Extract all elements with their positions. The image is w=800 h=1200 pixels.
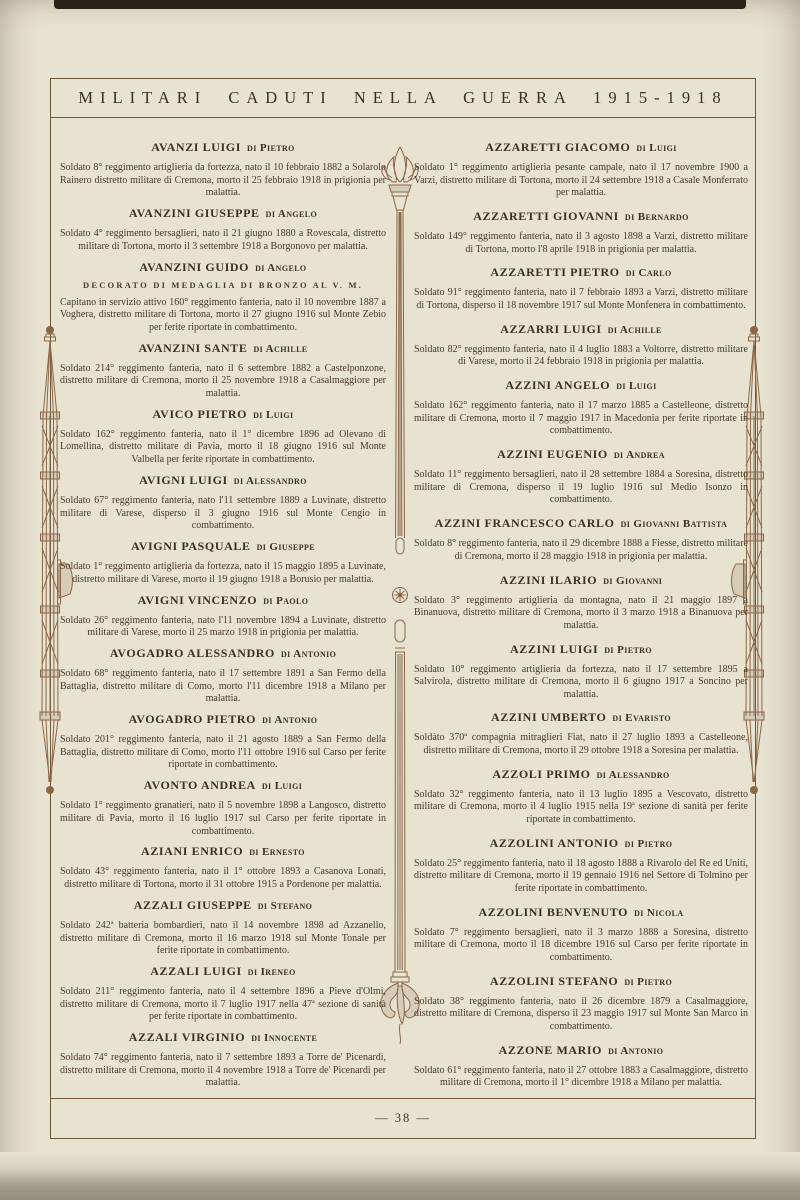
soldier-record: Soldato 74° reggimento fanteria, nato il… [60, 1052, 386, 1090]
patronymic: di Stefano [258, 900, 313, 912]
page-number: — 38 — [375, 1111, 431, 1126]
soldier-record: Soldato 25° reggimento fanteria, nato il… [414, 858, 748, 896]
soldier-record: Soldato 1° reggimento artiglieria pesant… [414, 162, 748, 200]
soldier-record: Soldato 1° reggimento artiglieria da for… [60, 561, 386, 586]
soldier-name: AVIGNI PASQUALEdi Giuseppe [60, 539, 386, 554]
soldier-name: AVOGADRO ALESSANDROdi Antonio [60, 646, 386, 661]
patronymic: di Giovanni Battista [621, 518, 728, 530]
soldier-record: Soldato 8° reggimento artiglieria da for… [60, 162, 386, 200]
patronymic: di Luigi [262, 780, 302, 792]
soldier-entry: AZZALI VIRGINIOdi Innocente Soldato 74° … [60, 1030, 386, 1090]
soldier-name: AVANZI LUIGIdi Pietro [60, 140, 386, 155]
patronymic: di Antonio [608, 1045, 663, 1057]
patronymic: di Ernesto [249, 846, 305, 858]
soldier-record: Capitano in servizio attivo 160° reggime… [60, 297, 386, 335]
page-title: MILITARI CADUTI NELLA GUERRA 1915-1918 [78, 88, 727, 108]
patronymic: di Pietro [624, 976, 672, 988]
soldier-name: AZZALI VIRGINIOdi Innocente [60, 1030, 386, 1045]
soldier-name: AZZOLINI ANTONIOdi Pietro [414, 836, 748, 851]
soldier-name: AZZOLINI BENVENUTOdi Nicola [414, 905, 748, 920]
patronymic: di Innocente [251, 1032, 317, 1044]
soldier-record: Soldato 214° reggimento fanteria, nato i… [60, 363, 386, 401]
soldier-entry: AVANZINI SANTEdi Achille Soldato 214° re… [60, 341, 386, 401]
patronymic: di Pietro [604, 644, 652, 656]
soldier-entry: AZZINI ILARIOdi Giovanni Soldato 3° regg… [414, 573, 748, 633]
soldier-record: Soldato 26° reggimento fanteria, nato l'… [60, 615, 386, 640]
soldier-name: AZZARETTI GIACOMOdi Luigi [414, 140, 748, 155]
patronymic: di Evaristo [612, 712, 671, 724]
soldier-entry: AZZALI GIUSEPPEdi Stefano Soldato 242ª b… [60, 898, 386, 958]
soldier-record: Soldato 7° reggimento bersaglieri, nato … [414, 927, 748, 965]
soldier-name: AZZINI FRANCESCO CARLOdi Giovanni Battis… [414, 516, 748, 531]
soldier-name: AVANZINI SANTEdi Achille [60, 341, 386, 356]
patronymic: di Carlo [626, 267, 672, 279]
soldier-entry: AZZINI LUIGIdi Pietro Soldato 10° reggim… [414, 642, 748, 702]
patronymic: di Ireneo [248, 966, 296, 978]
soldier-entry: AZIANI ENRICOdi Ernesto Soldato 43° regg… [60, 844, 386, 891]
soldier-entry: AZZARETTI GIOVANNIdi Bernardo Soldato 14… [414, 209, 748, 256]
soldier-name: AZZOLI PRIMOdi Alessandro [414, 767, 748, 782]
soldier-name: AZZOLINI STEFANOdi Pietro [414, 974, 748, 989]
soldier-record: Soldato 67° reggimento fanteria, nato l'… [60, 495, 386, 533]
soldier-name: AVANZINI GIUSEPPEdi Angelo [60, 206, 386, 221]
soldier-entry: AZZARETTI GIACOMOdi Luigi Soldato 1° reg… [414, 140, 748, 200]
footer-band: — 38 — [51, 1098, 755, 1138]
book-page-scan: MILITARI CADUTI NELLA GUERRA 1915-1918 —… [0, 0, 800, 1200]
soldier-name: AZZINI ILARIOdi Giovanni [414, 573, 748, 588]
soldier-name: AZZONE MARIOdi Antonio [414, 1043, 748, 1058]
patronymic: di Achille [608, 324, 662, 336]
soldier-name: AZZINI UMBERTOdi Evaristo [414, 710, 748, 725]
soldier-entry: AZZOLINI STEFANOdi Pietro Soldato 38° re… [414, 974, 748, 1034]
soldier-entry: AZZOLI PRIMOdi Alessandro Soldato 32° re… [414, 767, 748, 827]
patronymic: di Angelo [266, 208, 317, 220]
soldier-record: Soldato 8° reggimento fanteria, nato il … [414, 538, 748, 563]
patronymic: di Bernardo [625, 211, 689, 223]
page-bottom-shadow-edge [0, 1152, 800, 1200]
patronymic: di Nicola [634, 907, 683, 919]
soldier-record: Soldato 162° reggimento fanteria, nato i… [60, 429, 386, 467]
soldier-entry: AVICO PIETROdi Luigi Soldato 162° reggim… [60, 407, 386, 467]
soldier-entry: AVOGADRO PIETROdi Antonio Soldato 201° r… [60, 712, 386, 772]
soldier-name: AZIANI ENRICOdi Ernesto [60, 844, 386, 859]
soldier-entry: AVIGNI VINCENZOdi Paolo Soldato 26° regg… [60, 593, 386, 640]
patronymic: di Antonio [262, 714, 317, 726]
soldier-record: Soldato 3° reggimento artiglieria da mon… [414, 595, 748, 633]
soldier-entry: AZZOLINI ANTONIOdi Pietro Soldato 25° re… [414, 836, 748, 896]
soldier-record: Soldato 10° reggimento artiglieria da fo… [414, 664, 748, 702]
soldier-record: Soldato 61° reggimento fanteria, nato il… [414, 1065, 748, 1090]
soldier-record: Soldato 43° reggimento fanteria, nato il… [60, 866, 386, 891]
title-band: MILITARI CADUTI NELLA GUERRA 1915-1918 [51, 79, 755, 118]
soldier-entry: AVOGADRO ALESSANDROdi Antonio Soldato 68… [60, 646, 386, 706]
soldier-entry: AZZINI ANGELOdi Luigi Soldato 162° reggi… [414, 378, 748, 438]
soldier-record: Soldato 149° reggimento fanteria, nato i… [414, 231, 748, 256]
soldier-name: AZZINI EUGENIOdi Andrea [414, 447, 748, 462]
patronymic: di Achille [253, 343, 307, 355]
soldier-name: AZZINI LUIGIdi Pietro [414, 642, 748, 657]
patronymic: di Luigi [636, 142, 676, 154]
soldier-record: Soldato 82° reggimento fanteria, nato il… [414, 344, 748, 369]
patronymic: di Luigi [616, 380, 656, 392]
soldier-entry: AVONTO ANDREAdi Luigi Soldato 1° reggime… [60, 778, 386, 838]
soldier-name: AZZALI GIUSEPPEdi Stefano [60, 898, 386, 913]
soldier-entry: AZZONE MARIOdi Antonio Soldato 61° reggi… [414, 1043, 748, 1090]
patronymic: di Pietro [625, 838, 673, 850]
soldier-record: Soldato 242ª batteria bombardieri, nato … [60, 920, 386, 958]
soldier-entry: AZZALI LUIGIdi Ireneo Soldato 211° reggi… [60, 964, 386, 1024]
soldier-entry: AVANZINI GUIDOdi Angelo DECORATO DI MEDA… [60, 260, 386, 335]
soldier-entry: AVIGNI LUIGIdi Alessandro Soldato 67° re… [60, 473, 386, 533]
soldier-entry: AVANZINI GIUSEPPEdi Angelo Soldato 4° re… [60, 206, 386, 253]
patronymic: di Luigi [253, 409, 293, 421]
soldier-name: AZZINI ANGELOdi Luigi [414, 378, 748, 393]
patronymic: di Paolo [263, 595, 308, 607]
soldier-record: Soldato 1° reggimento granatieri, nato i… [60, 800, 386, 838]
soldier-name: AZZARRI LUIGIdi Achille [414, 322, 748, 337]
soldier-record: Soldato 91° reggimento fanteria, nato il… [414, 287, 748, 312]
patronymic: di Antonio [281, 648, 336, 660]
soldier-entry: AZZARETTI PIETROdi Carlo Soldato 91° reg… [414, 265, 748, 312]
patronymic: di Angelo [255, 262, 306, 274]
patronymic: di Andrea [614, 449, 665, 461]
page-top-shadow-edge [54, 0, 746, 9]
soldier-record: Soldato 68° reggimento fanteria, nato il… [60, 668, 386, 706]
soldier-entry: AVIGNI PASQUALEdi Giuseppe Soldato 1° re… [60, 539, 386, 586]
soldier-name: AVOGADRO PIETROdi Antonio [60, 712, 386, 727]
soldier-entry: AZZOLINI BENVENUTOdi Nicola Soldato 7° r… [414, 905, 748, 965]
patronymic: di Alessandro [234, 475, 307, 487]
soldier-record: Soldato 211° reggimento fanteria, nato i… [60, 986, 386, 1024]
soldier-name: AVONTO ANDREAdi Luigi [60, 778, 386, 793]
patronymic: di Pietro [247, 142, 295, 154]
patronymic: di Giuseppe [257, 541, 315, 553]
soldier-name: AVICO PIETROdi Luigi [60, 407, 386, 422]
soldier-name: AVANZINI GUIDOdi Angelo [60, 260, 386, 275]
soldier-record: Soldato 4° reggimento bersaglieri, nato … [60, 228, 386, 253]
soldier-entry: AVANZI LUIGIdi Pietro Soldato 8° reggime… [60, 140, 386, 200]
soldier-name: AZZALI LUIGIdi Ireneo [60, 964, 386, 979]
soldier-entry: AZZINI FRANCESCO CARLOdi Giovanni Battis… [414, 516, 748, 563]
soldier-entry: AZZINI UMBERTOdi Evaristo Soldàto 370ª c… [414, 710, 748, 757]
soldier-record: Soldato 11° reggimento bersaglieri, nato… [414, 469, 748, 507]
soldier-name: AVIGNI LUIGIdi Alessandro [60, 473, 386, 488]
left-column: AVANZI LUIGIdi Pietro Soldato 8° reggime… [60, 140, 386, 1090]
soldier-record: Soldato 162° reggimento fanteria, nato i… [414, 400, 748, 438]
patronymic: di Alessandro [597, 769, 670, 781]
medal-citation: DECORATO DI MEDAGLIA DI BRONZO AL V. M. [60, 280, 386, 290]
right-column: AZZARETTI GIACOMOdi Luigi Soldato 1° reg… [414, 140, 748, 1090]
soldier-entry: AZZARRI LUIGIdi Achille Soldato 82° regg… [414, 322, 748, 369]
soldier-name: AVIGNI VINCENZOdi Paolo [60, 593, 386, 608]
patronymic: di Giovanni [603, 575, 662, 587]
soldier-name: AZZARETTI PIETROdi Carlo [414, 265, 748, 280]
soldier-record: Soldato 201° reggimento fanteria, nato i… [60, 734, 386, 772]
soldier-record: Soldato 32° reggimento fanteria, nato il… [414, 789, 748, 827]
soldier-name: AZZARETTI GIOVANNIdi Bernardo [414, 209, 748, 224]
soldier-entry: AZZINI EUGENIOdi Andrea Soldato 11° regg… [414, 447, 748, 507]
soldier-record: Soldàto 370ª compagnia mitraglieri Fiat,… [414, 732, 748, 757]
soldier-record: Soldato 38° reggimento fanteria, nato il… [414, 996, 748, 1034]
